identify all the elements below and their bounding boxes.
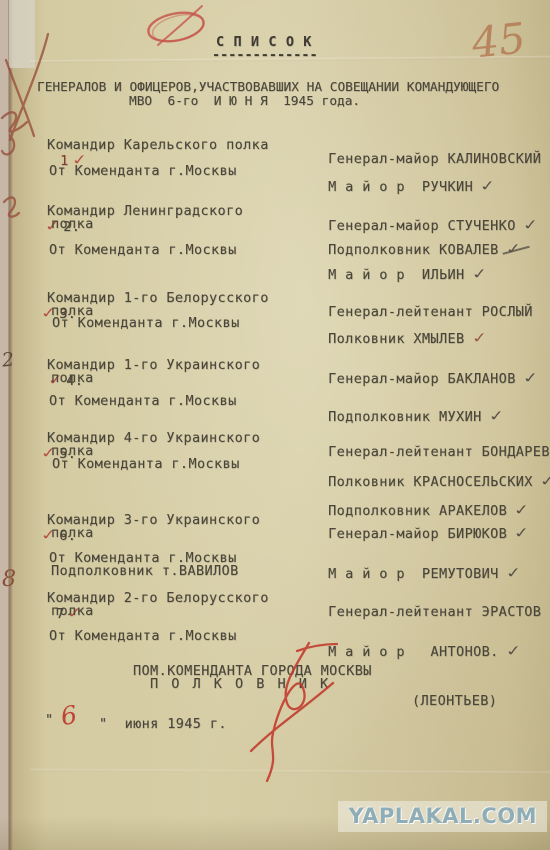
- check-icon: ✓: [504, 643, 523, 660]
- entry-5-from: От Коменданта г.Москвы: [52, 456, 240, 472]
- entry-7-post-cont: полка: [51, 603, 94, 619]
- entry-6-extra-left: Подполковник т.ВАВИЛОВ: [51, 563, 239, 579]
- corner-page-number: 45: [470, 13, 528, 67]
- site-watermark: YAPLAKAL.COM: [338, 801, 547, 832]
- heading-line-1: ГЕНЕРАЛОВ И ОФИЦЕРОВ,УЧАСТВОВАВШИХ НА СО…: [37, 80, 499, 95]
- red-signature: [237, 633, 357, 783]
- entry-6-post-cont: полка: [51, 525, 94, 541]
- scanned-document-page: 45 С П И С О К ------------- ГЕНЕРАЛОВ И…: [0, 0, 550, 850]
- red-circled-mark-icon: [140, 3, 218, 51]
- entry-1-from: От Коменданта г.Москвы: [49, 163, 237, 179]
- check-icon: ✓: [470, 266, 489, 283]
- entry-7-from: От Коменданта г.Москвы: [49, 628, 237, 644]
- entry-4-handwritten-number: 2: [1, 348, 15, 371]
- title-underline: -------------: [212, 47, 318, 63]
- handwritten-date-day: 6: [59, 700, 79, 731]
- check-icon: ✓: [521, 370, 540, 387]
- date-rest: " июня 1945 г.: [99, 716, 227, 732]
- entry-2-post-cont: полка: [51, 216, 94, 232]
- date-open-quote: ": [45, 712, 54, 728]
- officer-name: Генерал-лейтенант ЭРАСТОВ: [328, 604, 541, 620]
- check-icon: ✓: [487, 408, 506, 425]
- officer-name: Полковник ХМЫЛЕВ: [328, 331, 464, 347]
- crossed-check-icon: ✓: [504, 241, 523, 258]
- check-icon: ✓: [504, 565, 523, 582]
- officer-name: М а й о р РУЧКИН: [328, 179, 473, 195]
- officer-name: Генерал-майор БАКЛАНОВ: [328, 371, 516, 387]
- entry-7-margin-number: 8: [2, 567, 16, 592]
- officer-name: Подполковник МУХИН: [328, 409, 482, 425]
- check-icon: ✓: [470, 330, 489, 347]
- officer-name: М а й о р ИЛЬИН: [328, 267, 464, 283]
- check-icon: ✓: [479, 178, 498, 195]
- entry-4-post-cont: полка: [51, 370, 94, 386]
- entry-3-from: От Коменданта г.Москвы: [52, 315, 240, 331]
- entry-1-post: Командир Карельского полка: [47, 137, 269, 153]
- check-icon: ✓: [513, 525, 532, 542]
- check-icon: ✓: [539, 473, 550, 490]
- entry-4-from: От Коменданта г.Москвы: [49, 393, 237, 409]
- officer-name: Генерал-майор БИРЮКОВ: [328, 526, 507, 542]
- entry-2-from: От Коменданта г.Москвы: [49, 242, 237, 258]
- officer-name: М а й о р РЕМУТОВИЧ: [328, 566, 499, 582]
- signer-name: (ЛЕОНТЬЕВ): [412, 693, 497, 709]
- check-icon: ✓: [521, 217, 540, 234]
- heading-line-2: МВО 6-го И Ю Н Я 1945 года.: [129, 94, 360, 109]
